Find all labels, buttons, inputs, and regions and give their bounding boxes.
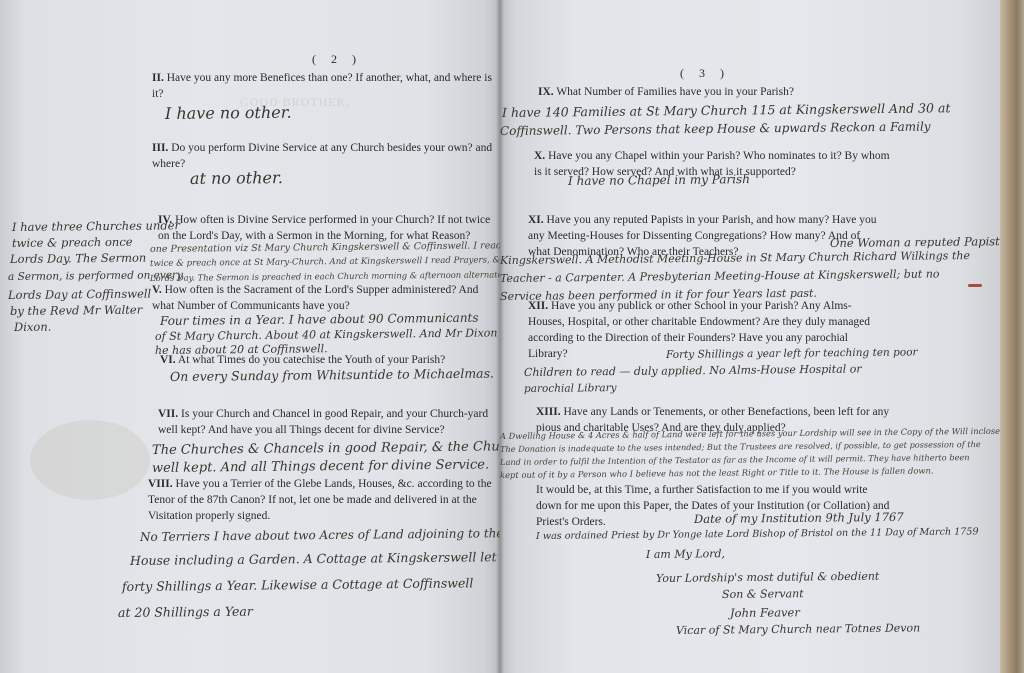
- question-text: How often is the Sacrament of the Lord's…: [152, 284, 478, 312]
- answer-12-line3: parochial Library: [524, 379, 617, 398]
- signoff-greeting: I am My Lord,: [646, 545, 725, 564]
- question-text: Have you any more Benefices than one? If…: [152, 72, 492, 100]
- question-2: II. Have you any more Benefices than one…: [152, 70, 497, 102]
- margin-line: twice & preach once: [12, 235, 133, 252]
- question-number: XIII.: [536, 406, 561, 418]
- question-8: VIII. Have you a Terrier of the Glebe La…: [148, 476, 498, 524]
- question-number: II.: [152, 72, 164, 84]
- answer-8-line1: No Terriers I have about two Acres of La…: [140, 524, 500, 546]
- paper-stain: [30, 420, 150, 500]
- question-9: IX. What Number of Families have you in …: [538, 84, 938, 100]
- answer-2: I have no other.: [165, 104, 292, 123]
- signature: John Feaver: [730, 603, 800, 622]
- question-number: VIII.: [148, 478, 173, 490]
- open-book: GOOD BROTHER, ( 2 ) II. Have you any mor…: [0, 0, 1024, 673]
- question-number: XI.: [528, 214, 544, 226]
- margin-line: Lords Day at Coffinswell: [8, 287, 151, 304]
- answer-8-line4: at 20 Shillings a Year: [118, 603, 253, 622]
- red-ink-mark: [968, 284, 982, 287]
- page-edges: [1000, 0, 1024, 673]
- question-text: What Number of Families have you in your…: [556, 86, 794, 98]
- question-number: V.: [152, 284, 162, 296]
- answer-6: On every Sunday from Whitsuntide to Mich…: [170, 365, 494, 386]
- answer-8-line3: forty Shillings a Year. Likewise a Cotta…: [122, 574, 473, 596]
- ordination-date: I was ordained Priest by Dr Yonge late L…: [536, 523, 979, 546]
- margin-line: Dixon.: [14, 320, 52, 336]
- question-7: VII. Is your Church and Chancel in good …: [158, 406, 498, 438]
- answer-10: I have no Chapel in my Parish: [568, 170, 750, 190]
- question-text: How often is Divine Service performed in…: [158, 214, 490, 242]
- question-3: III. Do you perform Divine Service at an…: [152, 140, 497, 172]
- page-number: ( 3 ): [680, 66, 730, 81]
- answer-9-line2: Coffinswell. Two Persons that keep House…: [500, 117, 931, 140]
- question-number: VI.: [160, 354, 176, 366]
- signoff-servant: Son & Servant: [722, 585, 804, 604]
- question-text: Have you a Terrier of the Glebe Lands, H…: [148, 478, 492, 522]
- question-text: Do you perform Divine Service at any Chu…: [152, 142, 492, 170]
- answer-7-line2: well kept. And all Things decent for div…: [152, 456, 489, 478]
- question-number: X.: [534, 150, 545, 162]
- right-page: ( 3 ) IX. What Number of Families have y…: [500, 0, 1000, 673]
- book-gutter: [496, 0, 504, 673]
- answer-11-line3: Teacher - a Carpenter. A Presbyterian Me…: [500, 265, 940, 288]
- signatory-title: Vicar of St Mary Church near Totnes Devo…: [676, 619, 920, 640]
- question-number: XII.: [528, 300, 548, 312]
- question-number: IX.: [538, 86, 554, 98]
- question-text: Is your Church and Chancel in good Repai…: [158, 408, 488, 436]
- answer-8-line2: House including a Garden. A Cottage at K…: [130, 548, 497, 570]
- question-4: IV. How often is Divine Service performe…: [158, 212, 498, 244]
- margin-line: by the Revd Mr Walter: [10, 303, 142, 320]
- margin-line: Lords Day. The Sermon: [10, 251, 146, 268]
- question-text: At what Times do you catechise the Youth…: [178, 354, 445, 366]
- left-page: GOOD BROTHER, ( 2 ) II. Have you any mor…: [0, 0, 500, 673]
- question-number: VII.: [158, 408, 178, 420]
- margin-line: I have three Churches under: [12, 218, 180, 235]
- page-number: ( 2 ): [312, 52, 362, 67]
- question-number: III.: [152, 142, 168, 154]
- answer-3: at no other.: [190, 169, 283, 188]
